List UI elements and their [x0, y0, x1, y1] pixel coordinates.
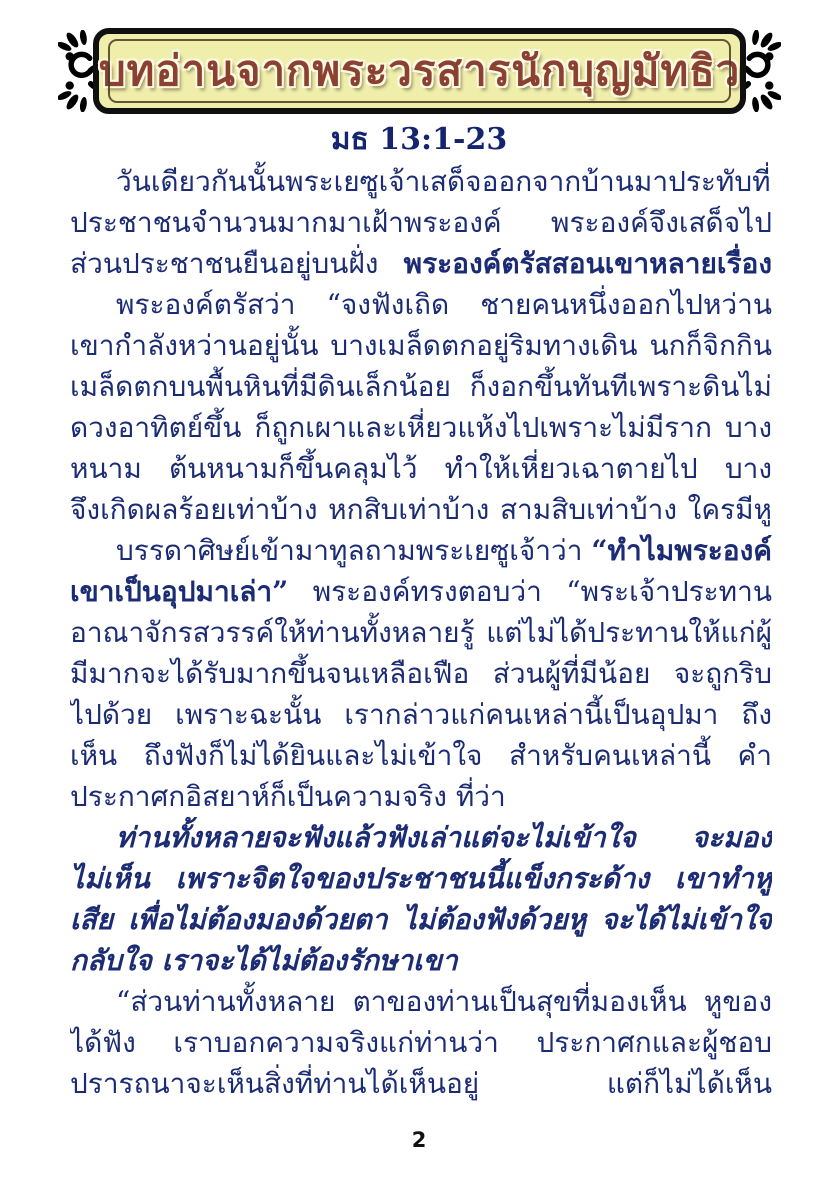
text-line: เขาเป็นอุปมาเล่า” พระองค์ทรงตอบว่า “พระเ… [70, 571, 772, 612]
text-line: มีมากจะได้รับมากขึ้นจนเหลือเฟือ ส่วนผู้ท… [70, 653, 772, 694]
text-segment: ดวงอาทิตย์ขึ้น ก็ถูกเผาและเหี่ยวแห้งไปเพ… [70, 411, 772, 448]
text-line: ประชาชนจำนวนมากมาเฝ้าพระองค์ พระองค์จึงเ… [70, 202, 772, 243]
text-line: เห็น ถึงฟังก็ไม่ได้ยินและไม่เข้าใจ สำหรั… [70, 735, 772, 776]
page-number: 2 [0, 1128, 838, 1152]
text-line: ปรารถนาจะเห็นสิ่งที่ท่านได้เห็นอยู่ แต่ก… [70, 1063, 772, 1104]
text-line: พระองค์ตรัสว่า “จงฟังเถิด ชายคนหนึ่งออกไ… [70, 284, 772, 325]
text-segment: จึงเกิดผลร้อยเท่าบ้าง หกสิบเท่าบ้าง สามส… [70, 493, 772, 530]
gospel-title-banner: บทอ่านจากพระวรสารนักบุญมัทธิว [58, 28, 780, 114]
floral-ornament-icon [743, 30, 781, 112]
floral-ornament-icon [58, 30, 96, 112]
text-line: ได้ฟัง เราบอกความจริงแก่ท่านว่า ประกาศกแ… [70, 1022, 772, 1063]
text-line: เสีย เพื่อไม่ต้องมองด้วยตา ไม่ต้องฟังด้ว… [70, 899, 772, 940]
text-line: กลับใจ เราจะได้ไม่ต้องรักษาเขา [70, 940, 772, 981]
text-segment: เห็น ถึงฟังก็ไม่ได้ยินและไม่เข้าใจ สำหรั… [70, 739, 772, 776]
body-text: วันเดียวกันนั้นพระเยซูเจ้าเสด็จออกจากบ้า… [70, 161, 772, 1104]
text-segment: ไปด้วย เพราะฉะนั้น เรากล่าวแก่คนเหล่านี้… [70, 698, 772, 735]
text-segment: ได้ฟัง เราบอกความจริงแก่ท่านว่า ประกาศกแ… [70, 1026, 772, 1063]
banner-title: บทอ่านจากพระวรสารนักบุญมัทธิว [99, 38, 740, 104]
text-segment: หนาม ต้นหนามก็ขึ้นคลุมไว้ ทำให้เหี่ยวเฉา… [70, 452, 772, 489]
text-segment: อาณาจักรสวรรค์ให้ท่านทั้งหลายรู้ แต่ไม่ไ… [70, 616, 772, 653]
text-line: ไม่เห็น เพราะจิตใจของประชาชนนี้แข็งกระด้… [70, 858, 772, 899]
text-line: ประกาศกอิสยาห์ก็เป็นความจริง ที่ว่า [70, 776, 772, 817]
text-line: เมล็ดตกบนพื้นหินที่มีดินเล็กน้อย ก็งอกขึ… [70, 366, 772, 407]
text-segment: เสีย เพื่อไม่ต้องมองด้วยตา ไม่ต้องฟังด้ว… [70, 903, 772, 940]
document-page: บทอ่านจากพระวรสารนักบุญมัทธิว มธ 13:1-23… [0, 0, 838, 1190]
text-line: วันเดียวกันนั้นพระเยซูเจ้าเสด็จออกจากบ้า… [70, 161, 772, 202]
text-line: ส่วนประชาชนยืนอยู่บนฝั่ง พระองค์ตรัสสอนเ… [70, 243, 772, 284]
text-line: หนาม ต้นหนามก็ขึ้นคลุมไว้ ทำให้เหี่ยวเฉา… [70, 448, 772, 489]
text-line: ไปด้วย เพราะฉะนั้น เรากล่าวแก่คนเหล่านี้… [70, 694, 772, 735]
text-segment: เขาเป็นอุปมาเล่า” [70, 575, 288, 608]
text-line: จึงเกิดผลร้อยเท่าบ้าง หกสิบเท่าบ้าง สามส… [70, 489, 772, 530]
text-segment: ไม่เห็น เพราะจิตใจของประชาชนนี้แข็งกระด้… [70, 862, 772, 899]
text-segment: วันเดียวกันนั้นพระเยซูเจ้าเสด็จออกจากบ้า… [70, 165, 771, 202]
text-line: เขากำลังหว่านอยู่นั้น บางเมล็ดตกอยู่ริมท… [70, 325, 772, 366]
text-segment: ประกาศกอิสยาห์ก็เป็นความจริง ที่ว่า [70, 780, 506, 813]
text-segment: ประชาชนจำนวนมากมาเฝ้าพระองค์ พระองค์จึงเ… [70, 206, 772, 243]
text-line: ท่านทั้งหลายจะฟังแล้วฟังเล่าแต่จะไม่เข้า… [70, 817, 772, 858]
text-line: “ส่วนท่านทั้งหลาย ตาของท่านเป็นสุขที่มอง… [70, 981, 772, 1022]
banner-box: บทอ่านจากพระวรสารนักบุญมัทธิว [93, 28, 746, 114]
text-line: ดวงอาทิตย์ขึ้น ก็ถูกเผาและเหี่ยวแห้งไปเพ… [70, 407, 772, 448]
text-segment: พระองค์ตรัสว่า “จงฟังเถิด ชายคนหนึ่งออกไ… [70, 288, 772, 325]
text-line: บรรดาศิษย์เข้ามาทูลถามพระเยซูเจ้าว่า “ทำ… [70, 530, 772, 571]
text-segment: ท่านทั้งหลายจะฟังแล้วฟังเล่าแต่จะไม่เข้า… [70, 821, 772, 858]
text-segment: บรรดาศิษย์เข้ามาทูลถามพระเยซูเจ้าว่า [116, 534, 591, 567]
text-line: อาณาจักรสวรรค์ให้ท่านทั้งหลายรู้ แต่ไม่ไ… [70, 612, 772, 653]
text-segment: ปรารถนาจะเห็นสิ่งที่ท่านได้เห็นอยู่ แต่ก… [70, 1067, 772, 1104]
text-segment: เขากำลังหว่านอยู่นั้น บางเมล็ดตกอยู่ริมท… [70, 329, 772, 366]
text-segment: มีมากจะได้รับมากขึ้นจนเหลือเฟือ ส่วนผู้ท… [70, 657, 772, 694]
scripture-reference: มธ 13:1-23 [0, 116, 838, 163]
text-segment: ส่วนประชาชนยืนอยู่บนฝั่ง [70, 247, 404, 280]
text-segment: “ส่วนท่านทั้งหลาย ตาของท่านเป็นสุขที่มอง… [70, 985, 772, 1022]
text-segment: เมล็ดตกบนพื้นหินที่มีดินเล็กน้อย ก็งอกขึ… [70, 370, 772, 407]
text-segment: กลับใจ เราจะได้ไม่ต้องรักษาเขา [70, 944, 458, 977]
